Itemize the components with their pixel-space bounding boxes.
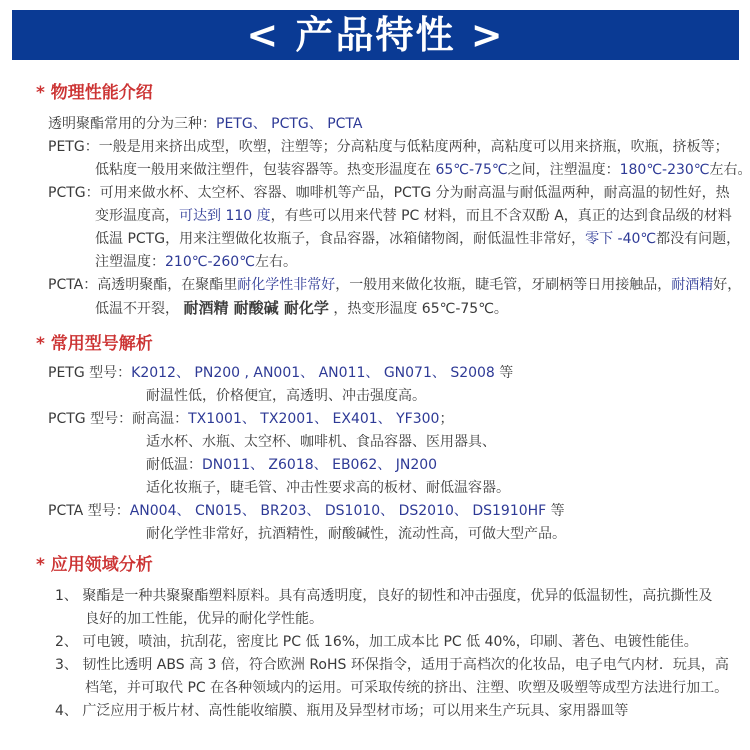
text-line: 低温不开裂， 耐酒精 耐酸碱 耐化学 ，热变形温度 65℃-75℃。	[0, 297, 750, 321]
text-run: 适水杯、水瓶、太空杯、咖啡机、食品容器、医用器具、	[146, 434, 496, 450]
text-run: 良好的加工性能，优异的耐化学性能。	[85, 611, 323, 627]
text-run: 档笔，并可取代 PC 在各种领域内的运用。可采取传统的挤出、注塑、吹塑及吸塑等成…	[85, 680, 728, 696]
highlighted-text-run: 零下 -40℃	[585, 231, 656, 247]
text-line: 低粘度一般用来做注塑件，包装容器等。热变形温度在 65℃-75℃之间，注塑温度：…	[0, 159, 750, 182]
text-run: 4、 广泛应用于板片材、高性能收缩膜、瓶用及异型材市场；可以用来生产玩具、家用器…	[55, 703, 628, 719]
section-heading-applications: * 应用领域分析	[36, 554, 750, 577]
text-run: 低粘度一般用来做注塑件，包装容器等。热变形温度在	[95, 162, 435, 178]
highlighted-text-run: K2012、 PN200 , AN001、 AN011、 GN071、 S200…	[131, 365, 495, 381]
text-line: 适水杯、水瓶、太空杯、咖啡机、食品容器、医用器具、	[0, 431, 750, 454]
text-run: 2、 可电镀，喷油，抗刮花，密度比 PC 低 16%，加工成本比 PC 低 40…	[55, 634, 698, 650]
text-run: 等	[546, 503, 564, 519]
text-run: PCTA 型号：	[48, 503, 130, 519]
text-line: 透明聚酯常用的分为三种：PETG、 PCTG、 PCTA	[0, 113, 750, 136]
text-run: 低温 PCTG，用来注塑做化妆瓶子，食品容器，冰箱储物阁，耐低温性非常好，	[95, 231, 585, 247]
text-line: 注塑温度：210℃-260℃左右。	[0, 251, 750, 274]
text-run: 好，	[713, 277, 741, 293]
text-line: PCTG 型号：耐高温：TX1001、 TX2001、 EX401、 YF300…	[0, 408, 750, 431]
text-run: 耐低温：	[146, 457, 202, 473]
section-common-models: * 常用型号解析 PETG 型号：K2012、 PN200 , AN001、 A…	[0, 333, 750, 546]
text-line: 耐低温：DN011、 Z6018、 EB062、 JN200	[0, 454, 750, 477]
application-fields-text: 1、 聚酯是一种共聚聚酯塑料原料。具有高透明度，良好的韧性和冲击强度，优异的低温…	[0, 585, 750, 723]
text-run: PETG 型号：	[48, 365, 131, 381]
text-line: PETG 型号：K2012、 PN200 , AN001、 AN011、 GN0…	[0, 362, 750, 385]
section-physical-properties: * 物理性能介绍 透明聚酯常用的分为三种：PETG、 PCTG、 PCTAPET…	[0, 82, 750, 321]
highlighted-text-run: 65℃-75℃	[435, 162, 507, 178]
page-title-banner: < 产品特性 >	[12, 10, 739, 60]
text-run: 耐化学性非常好，抗酒精性，耐酸碱性，流动性高，可做大型产品。	[146, 526, 566, 542]
text-run: 左右。	[255, 254, 297, 270]
section-heading-models: * 常用型号解析	[36, 333, 750, 356]
page-title: < 产品特性 >	[246, 13, 504, 57]
section-application-fields: * 应用领域分析 1、 聚酯是一种共聚聚酯塑料原料。具有高透明度，良好的韧性和冲…	[0, 554, 750, 723]
highlighted-text-run: 180℃-230℃	[620, 162, 710, 178]
text-run: 低温不开裂，	[95, 301, 183, 317]
highlighted-text-run: 耐化学性非常好	[237, 277, 335, 293]
text-run: 都没有问题，	[656, 231, 740, 247]
highlighted-text-run: 耐酒精 耐酸碱 耐化学	[183, 299, 328, 317]
text-run: 等	[495, 365, 513, 381]
highlighted-text-run: AN004、 CN015、 BR203、 DS1010、 DS2010、 DS1…	[130, 503, 547, 519]
text-line: 耐温性低，价格便宜，高透明、冲击强度高。	[0, 385, 750, 408]
text-run: ，一般用来做化妆瓶，睫毛管，牙刷柄等日用接触品，	[335, 277, 671, 293]
highlighted-text-run: 耐酒精	[671, 277, 713, 293]
physical-properties-text: 透明聚酯常用的分为三种：PETG、 PCTG、 PCTAPETG：一般是用来挤出…	[0, 113, 750, 321]
text-run: 之间，注塑温度：	[508, 162, 620, 178]
text-run: PCTG 型号：耐高温：	[48, 411, 188, 427]
text-line: 3、 韧性比透明 ABS 高 3 倍，符合欧洲 RoHS 环保指令，适用于高档次…	[0, 654, 750, 677]
text-line: 变形温度高，可达到 110 度，有些可以用来代替 PC 材料，而且不含双酚 A，…	[0, 205, 750, 228]
text-run: PCTG：可用来做水杯、太空杯、容器、咖啡机等产品，PCTG 分为耐高温与耐低温…	[48, 185, 730, 201]
text-line: 耐化学性非常好，抗酒精性，耐酸碱性，流动性高，可做大型产品。	[0, 523, 750, 546]
text-line: 适化妆瓶子，睫毛管、冲击性要求高的板材、耐低温容器。	[0, 477, 750, 500]
text-line: PCTA 型号：AN004、 CN015、 BR203、 DS1010、 DS2…	[0, 500, 750, 523]
highlighted-text-run: DN011、 Z6018、 EB062、 JN200	[202, 457, 437, 473]
highlighted-text-run: 210℃-260℃	[165, 254, 255, 270]
text-run: 左右。	[710, 162, 750, 178]
section-heading-physical: * 物理性能介绍	[36, 82, 750, 105]
text-line: PETG：一般是用来挤出成型，吹塑，注塑等；分高粘度与低粘度两种，高粘度可以用来…	[0, 136, 750, 159]
text-run: ；	[439, 411, 453, 427]
text-run: ，有些可以用来代替 PC 材料，而且不含双酚 A，真正的达到食品级的材料	[271, 208, 732, 224]
text-run: PETG：一般是用来挤出成型，吹塑，注塑等；分高粘度与低粘度两种，高粘度可以用来…	[48, 139, 729, 155]
text-line: PCTA：高透明聚酯，在聚酯里耐化学性非常好，一般用来做化妆瓶，睫毛管，牙刷柄等…	[0, 274, 750, 297]
text-run: 注塑温度：	[95, 254, 165, 270]
text-run: 1、 聚酯是一种共聚聚酯塑料原料。具有高透明度，良好的韧性和冲击强度，优异的低温…	[55, 588, 712, 604]
text-run: PCTA：高透明聚酯，在聚酯里	[48, 277, 237, 293]
text-run: 耐温性低，价格便宜，高透明、冲击强度高。	[146, 388, 426, 404]
highlighted-text-run: TX1001、 TX2001、 EX401、 YF300	[188, 411, 439, 427]
text-line: 低温 PCTG，用来注塑做化妆瓶子，食品容器，冰箱储物阁，耐低温性非常好，零下 …	[0, 228, 750, 251]
text-run: ，热变形温度 65℃-75℃。	[329, 301, 508, 317]
text-run: 适化妆瓶子，睫毛管、冲击性要求高的板材、耐低温容器。	[146, 480, 510, 496]
text-line: 档笔，并可取代 PC 在各种领域内的运用。可采取传统的挤出、注塑、吹塑及吸塑等成…	[0, 677, 750, 700]
text-line: 4、 广泛应用于板片材、高性能收缩膜、瓶用及异型材市场；可以用来生产玩具、家用器…	[0, 700, 750, 723]
text-line: PCTG：可用来做水杯、太空杯、容器、咖啡机等产品，PCTG 分为耐高温与耐低温…	[0, 182, 750, 205]
text-run: 透明聚酯常用的分为三种：	[48, 116, 216, 132]
text-run: 3、 韧性比透明 ABS 高 3 倍，符合欧洲 RoHS 环保指令，适用于高档次…	[55, 657, 729, 673]
text-line: 2、 可电镀，喷油，抗刮花，密度比 PC 低 16%，加工成本比 PC 低 40…	[0, 631, 750, 654]
product-features-page: < 产品特性 > * 物理性能介绍 透明聚酯常用的分为三种：PETG、 PCTG…	[0, 10, 750, 723]
text-line: 1、 聚酯是一种共聚聚酯塑料原料。具有高透明度，良好的韧性和冲击强度，优异的低温…	[0, 585, 750, 608]
text-run: 变形温度高，	[95, 208, 179, 224]
text-line: 良好的加工性能，优异的耐化学性能。	[0, 608, 750, 631]
highlighted-text-run: PETG、 PCTG、 PCTA	[216, 116, 362, 132]
highlighted-text-run: 可达到 110 度	[179, 208, 271, 224]
common-models-text: PETG 型号：K2012、 PN200 , AN001、 AN011、 GN0…	[0, 362, 750, 546]
